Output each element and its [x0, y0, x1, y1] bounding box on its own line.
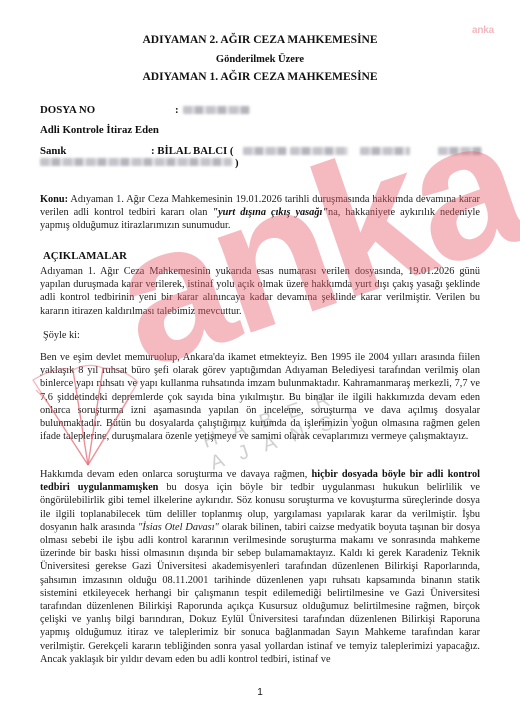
objector-label: Adli Kontrole İtiraz Eden	[40, 124, 159, 136]
file-number-separator: :	[175, 104, 179, 116]
subject-label: Konu:	[40, 194, 68, 205]
case-name-italic: "İsias Otel Davası"	[138, 522, 219, 533]
explanation-paragraph-3: Hakkımda devam eden onlarca soruşturma v…	[40, 468, 480, 666]
subject-emphasis: "yurt dışına çıkış yasağı"	[212, 207, 328, 218]
explanation-paragraph-2: Ben ve eşim devlet memuruolup, Ankara'da…	[40, 351, 480, 443]
redacted-address	[40, 158, 232, 166]
court-heading-secondary: ADIYAMAN 1. AĞIR CEZA MAHKEMESİNE	[0, 71, 520, 83]
p3-text-end: olarak bilinen, tabiri caizse medyatik b…	[40, 522, 480, 665]
explanation-paragraph-1: Adıyaman 1. Ağır Ceza Mahkemesinin yukar…	[40, 265, 480, 318]
court-heading-subtitle: Gönderilmek Üzere	[0, 54, 520, 65]
namely-line: Şöyle ki:	[43, 329, 483, 342]
p3-text: Hakkımda devam eden onlarca soruşturma v…	[40, 469, 312, 480]
redacted-id-part	[290, 147, 348, 155]
redacted-id-part	[243, 147, 287, 155]
redacted-file-number	[183, 106, 250, 114]
court-heading-primary: ADIYAMAN 2. AĞIR CEZA MAHKEMESİNE	[0, 34, 520, 46]
defendant-close-paren: )	[235, 157, 239, 169]
defendant-label: Sanık	[40, 145, 66, 157]
defendant-name: : BİLAL BALCI (	[151, 145, 234, 157]
explanations-heading: AÇIKLAMALAR	[43, 250, 127, 262]
subject-paragraph: Konu: Adıyaman 1. Ağır Ceza Mahkemesinin…	[40, 193, 480, 233]
page-number: 1	[0, 687, 520, 698]
redacted-id-part	[438, 147, 482, 155]
redacted-id-part	[360, 147, 410, 155]
file-number-label: DOSYA NO	[40, 104, 95, 116]
document-page: anka ADIYAMAN 2. AĞIR CEZA MAHKEMESİNE G…	[0, 0, 520, 724]
